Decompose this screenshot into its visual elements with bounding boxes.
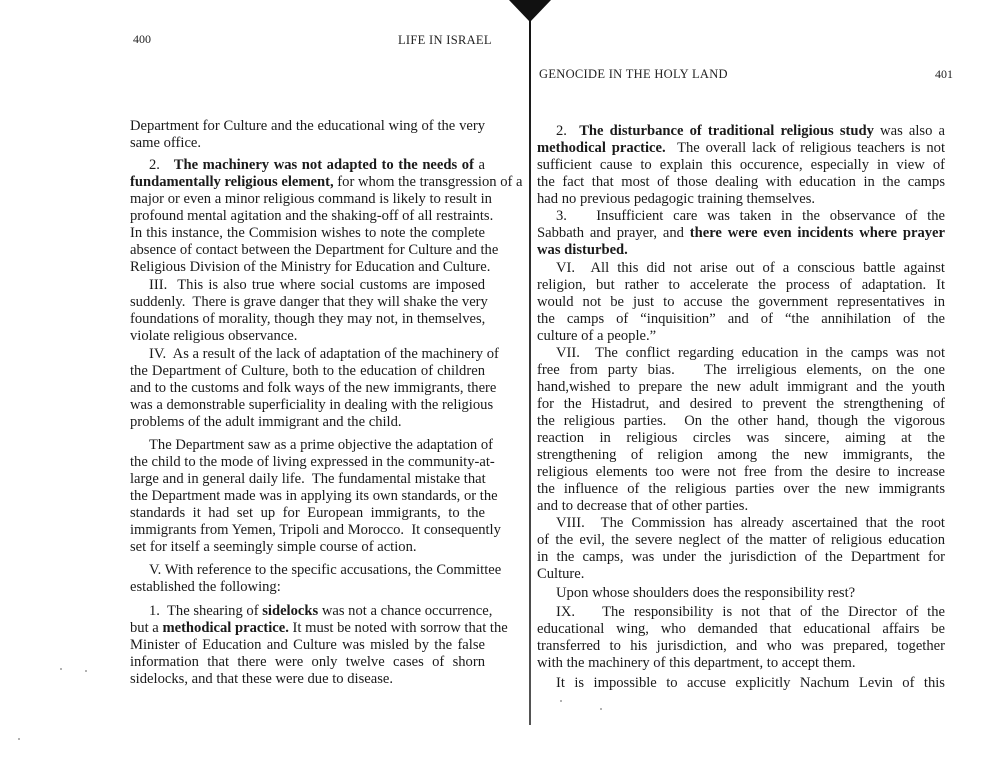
text-line: It is impossible to accuse explicitly Na… [556,675,945,692]
page-number: 400 [133,32,151,47]
text-line: had no previous pedagogic training thems… [537,191,945,208]
text-line: IX. The responsibility is not that of th… [556,604,945,621]
text-line: Upon whose shoulders does the responsibi… [556,585,945,602]
scan-speck [18,738,20,740]
left-page: 400 LIFE IN ISRAEL Department for Cultur… [0,0,515,777]
text-line: methodical practice. The overall lack of… [537,140,945,157]
text-line: violate religious observance. [130,328,485,345]
text-line: strengthening of religion among the new … [537,447,945,464]
text-line: Culture. [537,566,945,583]
text-line: would not be just to accuse the governme… [537,294,945,311]
text-line: sufficient cause to explain this occuren… [537,157,945,174]
text-line: 3. Insufficient care was taken in the ob… [556,208,945,225]
text-line: suddenly. There is grave danger that the… [130,294,485,311]
text-line: VII. The conflict regarding education in… [556,345,945,362]
text-line: large and in general daily life. The fun… [130,471,485,488]
text-line: but a methodical practice. It must be no… [130,620,485,637]
text-line: and to decrease that of other parties. [537,498,945,515]
text-line: hand,wished to prepare the new adult imm… [537,379,945,396]
text-line: established the following: [130,579,485,596]
text-line: Minister of Education and Culture was mi… [130,637,485,654]
text-line: profound mental agitation and the shakin… [130,208,485,225]
text-line: in the camps, was under the jurisdiction… [537,549,945,566]
text-line: The Department saw as a prime objective … [149,437,485,454]
text-line: reaction in religious circles was sincer… [537,430,945,447]
text-line: was disturbed. [537,242,945,259]
text-line: same office. [130,135,485,152]
text-line: IV. As a result of the lack of adaptatio… [149,346,485,363]
text-line: the Department of Culture, both to the e… [130,363,485,380]
text-line: the fact that most of those dealing with… [537,174,945,191]
text-line: 2. The machinery was not adapted to the … [149,157,485,174]
text-line: In this instance, the Commision wishes t… [130,225,485,242]
text-line: V. With reference to the specific accusa… [149,562,485,579]
scan-speck [85,670,87,672]
text-line: Religious Division of the Ministry for E… [130,259,485,276]
text-line: III. This is also true where social cust… [149,277,485,294]
text-line: Department for Culture and the education… [130,118,485,135]
text-line: free from party bias. The irreligious el… [537,362,945,379]
text-line: the camps of “inquisition” and of “the a… [537,311,945,328]
text-line: was a demonstrable superficiality in dea… [130,397,485,414]
scan-speck [560,700,562,702]
text-line: religious elements too were not free fro… [537,464,945,481]
text-line: transferred to his jurisdiction, and who… [537,638,945,655]
scan-speck [60,668,62,670]
text-line: immigrants from Yemen, Tripoli and Moroc… [130,522,485,539]
text-line: 2. The disturbance of traditional religi… [556,123,945,140]
text-line: the child to the mode of living expresse… [130,454,485,471]
text-line: culture of a people.” [537,328,945,345]
text-line: religion, but rather to accelerate the p… [537,277,945,294]
text-line: for the Histadrut, and desired to preven… [537,396,945,413]
text-line: with the machinery of this department, t… [537,655,945,672]
right-page: GENOCIDE IN THE HOLY LAND 401 2. The dis… [515,0,995,777]
text-line: sidelocks, and that these were due to di… [130,671,485,688]
running-head: LIFE IN ISRAEL [398,33,492,48]
text-line: major or even a minor religious command … [130,191,485,208]
text-line: information that there were only twelve … [130,654,485,671]
text-line: the influence of the religious parties o… [537,481,945,498]
text-line: set for itself a seemingly simple course… [130,539,485,556]
text-line: and to the customs and folk ways of the … [130,380,485,397]
text-line: standards it had set up for European imm… [130,505,485,522]
text-line: fundamentally religious element, for who… [130,174,485,191]
text-line: educational wing, who demanded that educ… [537,621,945,638]
text-line: VI. All this did not arise out of a cons… [556,260,945,277]
text-line: VIII. The Commission has already ascerta… [556,515,945,532]
text-line: 1. The shearing of sidelocks was not a c… [149,603,485,620]
text-line: the Department made was in applying its … [130,488,485,505]
text-line: foundations of morality, though they may… [130,311,485,328]
page-number: 401 [935,67,953,82]
text-line: Sabbath and prayer, and there were even … [537,225,945,242]
text-line: the religious parties. On the other hand… [537,413,945,430]
text-line: problems of the adult immigrant and the … [130,414,485,431]
text-line: absence of contact between the Departmen… [130,242,485,259]
text-line: of the evil, the severe neglect of the m… [537,532,945,549]
scan-speck [600,708,602,710]
running-head: GENOCIDE IN THE HOLY LAND [539,67,728,82]
